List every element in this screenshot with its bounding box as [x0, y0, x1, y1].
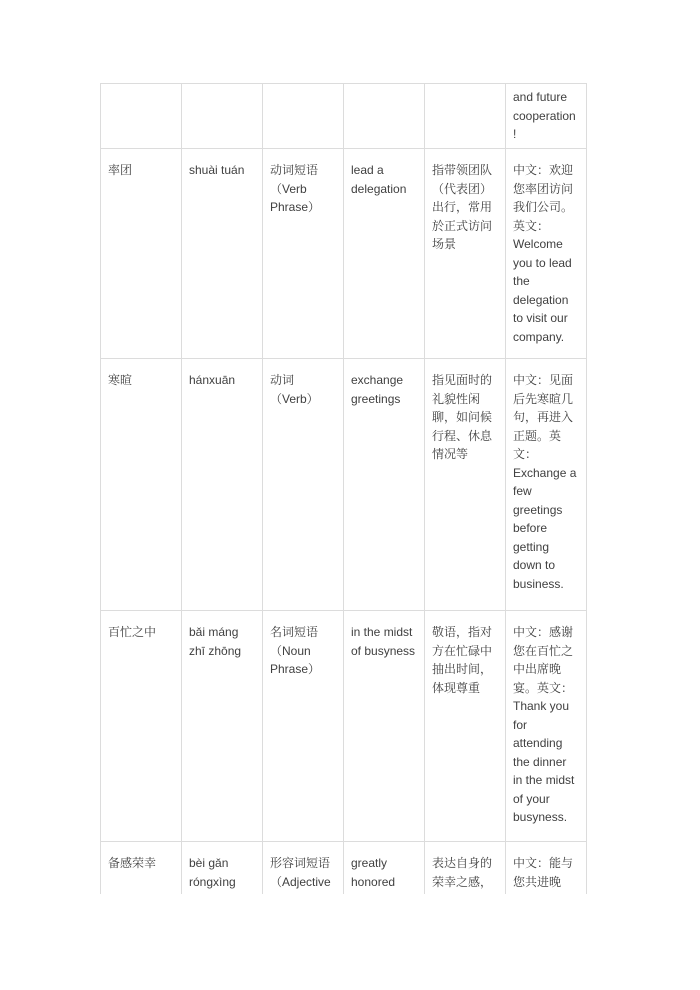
- cell-pinyin: shuài tuán: [182, 149, 263, 359]
- cell-usage: 指见面时的礼貌性闲聊，如问候行程、休息情况等: [425, 359, 506, 611]
- cell-term: 寒暄: [101, 359, 182, 611]
- cell-pinyin: [182, 84, 263, 149]
- cell-example: and future cooperation!: [506, 84, 587, 149]
- cell-english: [344, 84, 425, 149]
- cell-term: 备感荣幸: [101, 842, 182, 895]
- cell-example: 中文：能与您共进晚: [506, 842, 587, 895]
- vocab-table: and future cooperation!率团shuài tuán动词短语 …: [100, 83, 587, 894]
- cell-english: exchange greetings: [344, 359, 425, 611]
- cell-term: 率团: [101, 149, 182, 359]
- cell-part-of-speech: [263, 84, 344, 149]
- cell-english: lead a delegation: [344, 149, 425, 359]
- table-row: 寒暄hánxuān动词 （Verb）exchange greetings指见面时…: [101, 359, 587, 611]
- cell-english: in the midst of busyness: [344, 611, 425, 842]
- cell-term: 百忙之中: [101, 611, 182, 842]
- vocab-table-body: and future cooperation!率团shuài tuán动词短语 …: [101, 84, 587, 895]
- cell-pinyin: hánxuān: [182, 359, 263, 611]
- cell-pinyin: bèi gǎn róngxìng: [182, 842, 263, 895]
- table-row: and future cooperation!: [101, 84, 587, 149]
- cell-example: 中文：见面后先寒暄几句，再进入正题。英文：Exchange a few gree…: [506, 359, 587, 611]
- cell-part-of-speech: 名词短语 （Noun Phrase）: [263, 611, 344, 842]
- cell-english: greatly honored: [344, 842, 425, 895]
- table-row: 百忙之中bǎi máng zhī zhōng名词短语 （Noun Phrase）…: [101, 611, 587, 842]
- cell-usage: 敬语，指对方在忙碌中抽出时间，体现尊重: [425, 611, 506, 842]
- table-row: 率团shuài tuán动词短语 （Verb Phrase）lead a del…: [101, 149, 587, 359]
- cell-usage: 表达自身的荣幸之感，: [425, 842, 506, 895]
- cell-usage: 指带领团队（代表团）出行，常用於正式访问场景: [425, 149, 506, 359]
- cell-usage: [425, 84, 506, 149]
- cell-term: [101, 84, 182, 149]
- cell-example: 中文：欢迎您率团访问我们公司。英文：Welcome you to lead th…: [506, 149, 587, 359]
- cell-pinyin: bǎi máng zhī zhōng: [182, 611, 263, 842]
- cell-part-of-speech: 动词短语 （Verb Phrase）: [263, 149, 344, 359]
- vocab-table-clip-region: and future cooperation!率团shuài tuán动词短语 …: [100, 83, 587, 894]
- cell-part-of-speech: 动词 （Verb）: [263, 359, 344, 611]
- document-page: and future cooperation!率团shuài tuán动词短语 …: [0, 0, 700, 990]
- cell-example: 中文：感谢您在百忙之中出席晚宴。英文：Thank you for attendi…: [506, 611, 587, 842]
- table-row: 备感荣幸bèi gǎn róngxìng形容词短语 （Adjectivegrea…: [101, 842, 587, 895]
- cell-part-of-speech: 形容词短语 （Adjective: [263, 842, 344, 895]
